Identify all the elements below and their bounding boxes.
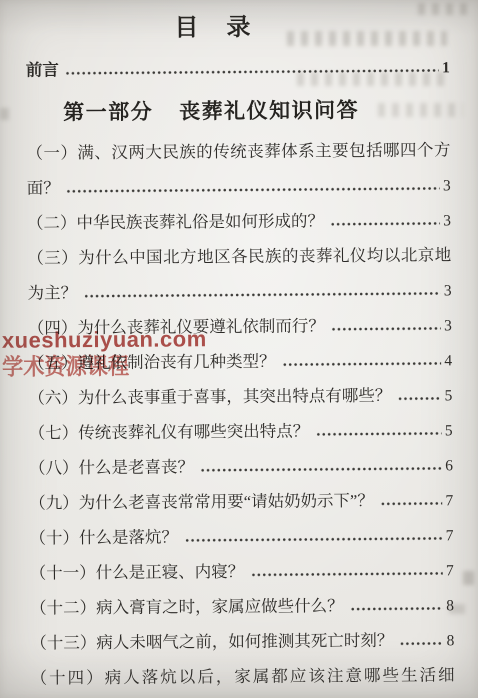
toc-item-text: （二）中华民族丧葬礼俗是如何形成的？ [27, 203, 324, 240]
dot-leader [250, 552, 443, 589]
section-part-label: 第一部分 [63, 100, 153, 125]
toc-item: 为主？3 [27, 272, 451, 310]
toc-item: （五）遵礼依制治丧有几种类型？4 [28, 342, 452, 380]
dot-leader [200, 447, 443, 484]
dot-leader [83, 272, 441, 310]
page-number: 3 [443, 168, 451, 203]
page-number: 6 [445, 448, 453, 483]
page-number: 1 [442, 53, 450, 83]
toc-item-text: 面？ [27, 170, 60, 205]
page-number: 3 [444, 308, 452, 343]
toc-item-text: 为主？ [27, 275, 77, 310]
toc-item: 面？3 [27, 167, 451, 205]
toc-item: （九）为什么老喜丧常常用要“请姑奶奶示下”？7 [29, 482, 453, 520]
page-number: 7 [445, 483, 453, 518]
dot-leader [65, 52, 439, 85]
toc-content: 目 录 前言 1 第一部分丧葬礼仪知识问答 （一）满、汉两大民族的传统丧葬体系主… [0, 0, 478, 698]
page-number: 4 [444, 343, 452, 378]
dot-leader [397, 377, 442, 412]
page-number: 3 [444, 273, 452, 308]
toc-item-text: （十一）什么是正寝、内寝？ [30, 554, 245, 591]
page-title: 目 录 [1, 13, 425, 44]
page-number: 7 [446, 518, 454, 553]
toc-item-wrapped-line: （一）满、汉两大民族的传统丧葬体系主要包括哪四个方 [26, 132, 450, 170]
toc-item: （七）传统丧葬礼仪有哪些突出特点？5 [29, 412, 453, 450]
toc-item-text: （十二）病入膏肓之时，家属应做些什么？ [30, 588, 344, 625]
page-number: 8 [446, 588, 454, 623]
dot-leader [281, 342, 441, 378]
dot-leader [349, 587, 443, 623]
page-number: 5 [445, 413, 453, 448]
toc-item: （十三）病人未咽气之前，如何推测其死亡时刻？8 [30, 622, 454, 660]
page-number: 7 [446, 553, 454, 588]
toc-item-text: （八）什么是老喜丧？ [29, 449, 194, 485]
toc-item-text: （十）什么是落炕？ [29, 519, 178, 555]
dot-leader [315, 412, 442, 448]
dot-leader [330, 202, 441, 238]
section-name-label: 丧葬礼仪知识问答 [179, 98, 359, 123]
scanned-page: 目 录 前言 1 第一部分丧葬礼仪知识问答 （一）满、汉两大民族的传统丧葬体系主… [0, 0, 478, 698]
section-heading: 第一部分丧葬礼仪知识问答 [26, 92, 450, 129]
page-number: 3 [443, 203, 451, 238]
toc-item: （十）什么是落炕？7 [29, 517, 453, 555]
dot-leader [380, 482, 443, 517]
toc-item: （十二）病入膏肓之时，家属应做些什么？8 [30, 587, 454, 625]
page-number: 5 [444, 378, 452, 413]
dot-leader [66, 167, 441, 205]
toc-item-text: （七）传统丧葬礼仪有哪些突出特点？ [29, 413, 310, 450]
toc-item: （十一）什么是正寝、内寝？7 [30, 552, 454, 590]
toc-item-text: （四）为什么丧葬礼仪要遵礼依制而行？ [28, 308, 325, 345]
toc-item-wrapped-line: （三）为什么中国北方地区各民族的丧葬礼仪均以北京地区的 [27, 237, 451, 275]
toc-item-text: （十三）病人未咽气之前，如何推测其死亡时刻？ [30, 623, 393, 661]
dot-leader [331, 307, 442, 343]
toc-item-text: （六）为什么丧事重于喜事，其突出特点有哪些？ [28, 378, 391, 416]
toc-list: （一）满、汉两大民族的传统丧葬体系主要包括哪四个方面？3（二）中华民族丧葬礼俗是… [26, 132, 454, 695]
dot-leader [399, 622, 444, 657]
toc-item-text: （九）为什么老喜丧常常用要“请姑奶奶示下”？ [29, 483, 374, 521]
toc-item: （二）中华民族丧葬礼俗是如何形成的？3 [27, 202, 451, 240]
toc-item: （八）什么是老喜丧？6 [29, 447, 453, 485]
toc-item-text: （五）遵礼依制治丧有几种类型？ [28, 344, 276, 381]
toc-item: （六）为什么丧事重于喜事，其突出特点有哪些？5 [28, 377, 452, 415]
preface-entry: 前言 1 [26, 52, 450, 85]
preface-label: 前言 [26, 55, 59, 85]
toc-item: （四）为什么丧葬礼仪要遵礼依制而行？3 [28, 307, 452, 345]
dot-leader [184, 517, 443, 554]
toc-item-wrapped-line: （十四）病人落炕以后，家属都应该注意哪些生活细 [30, 657, 454, 695]
page-number: 8 [446, 623, 454, 658]
